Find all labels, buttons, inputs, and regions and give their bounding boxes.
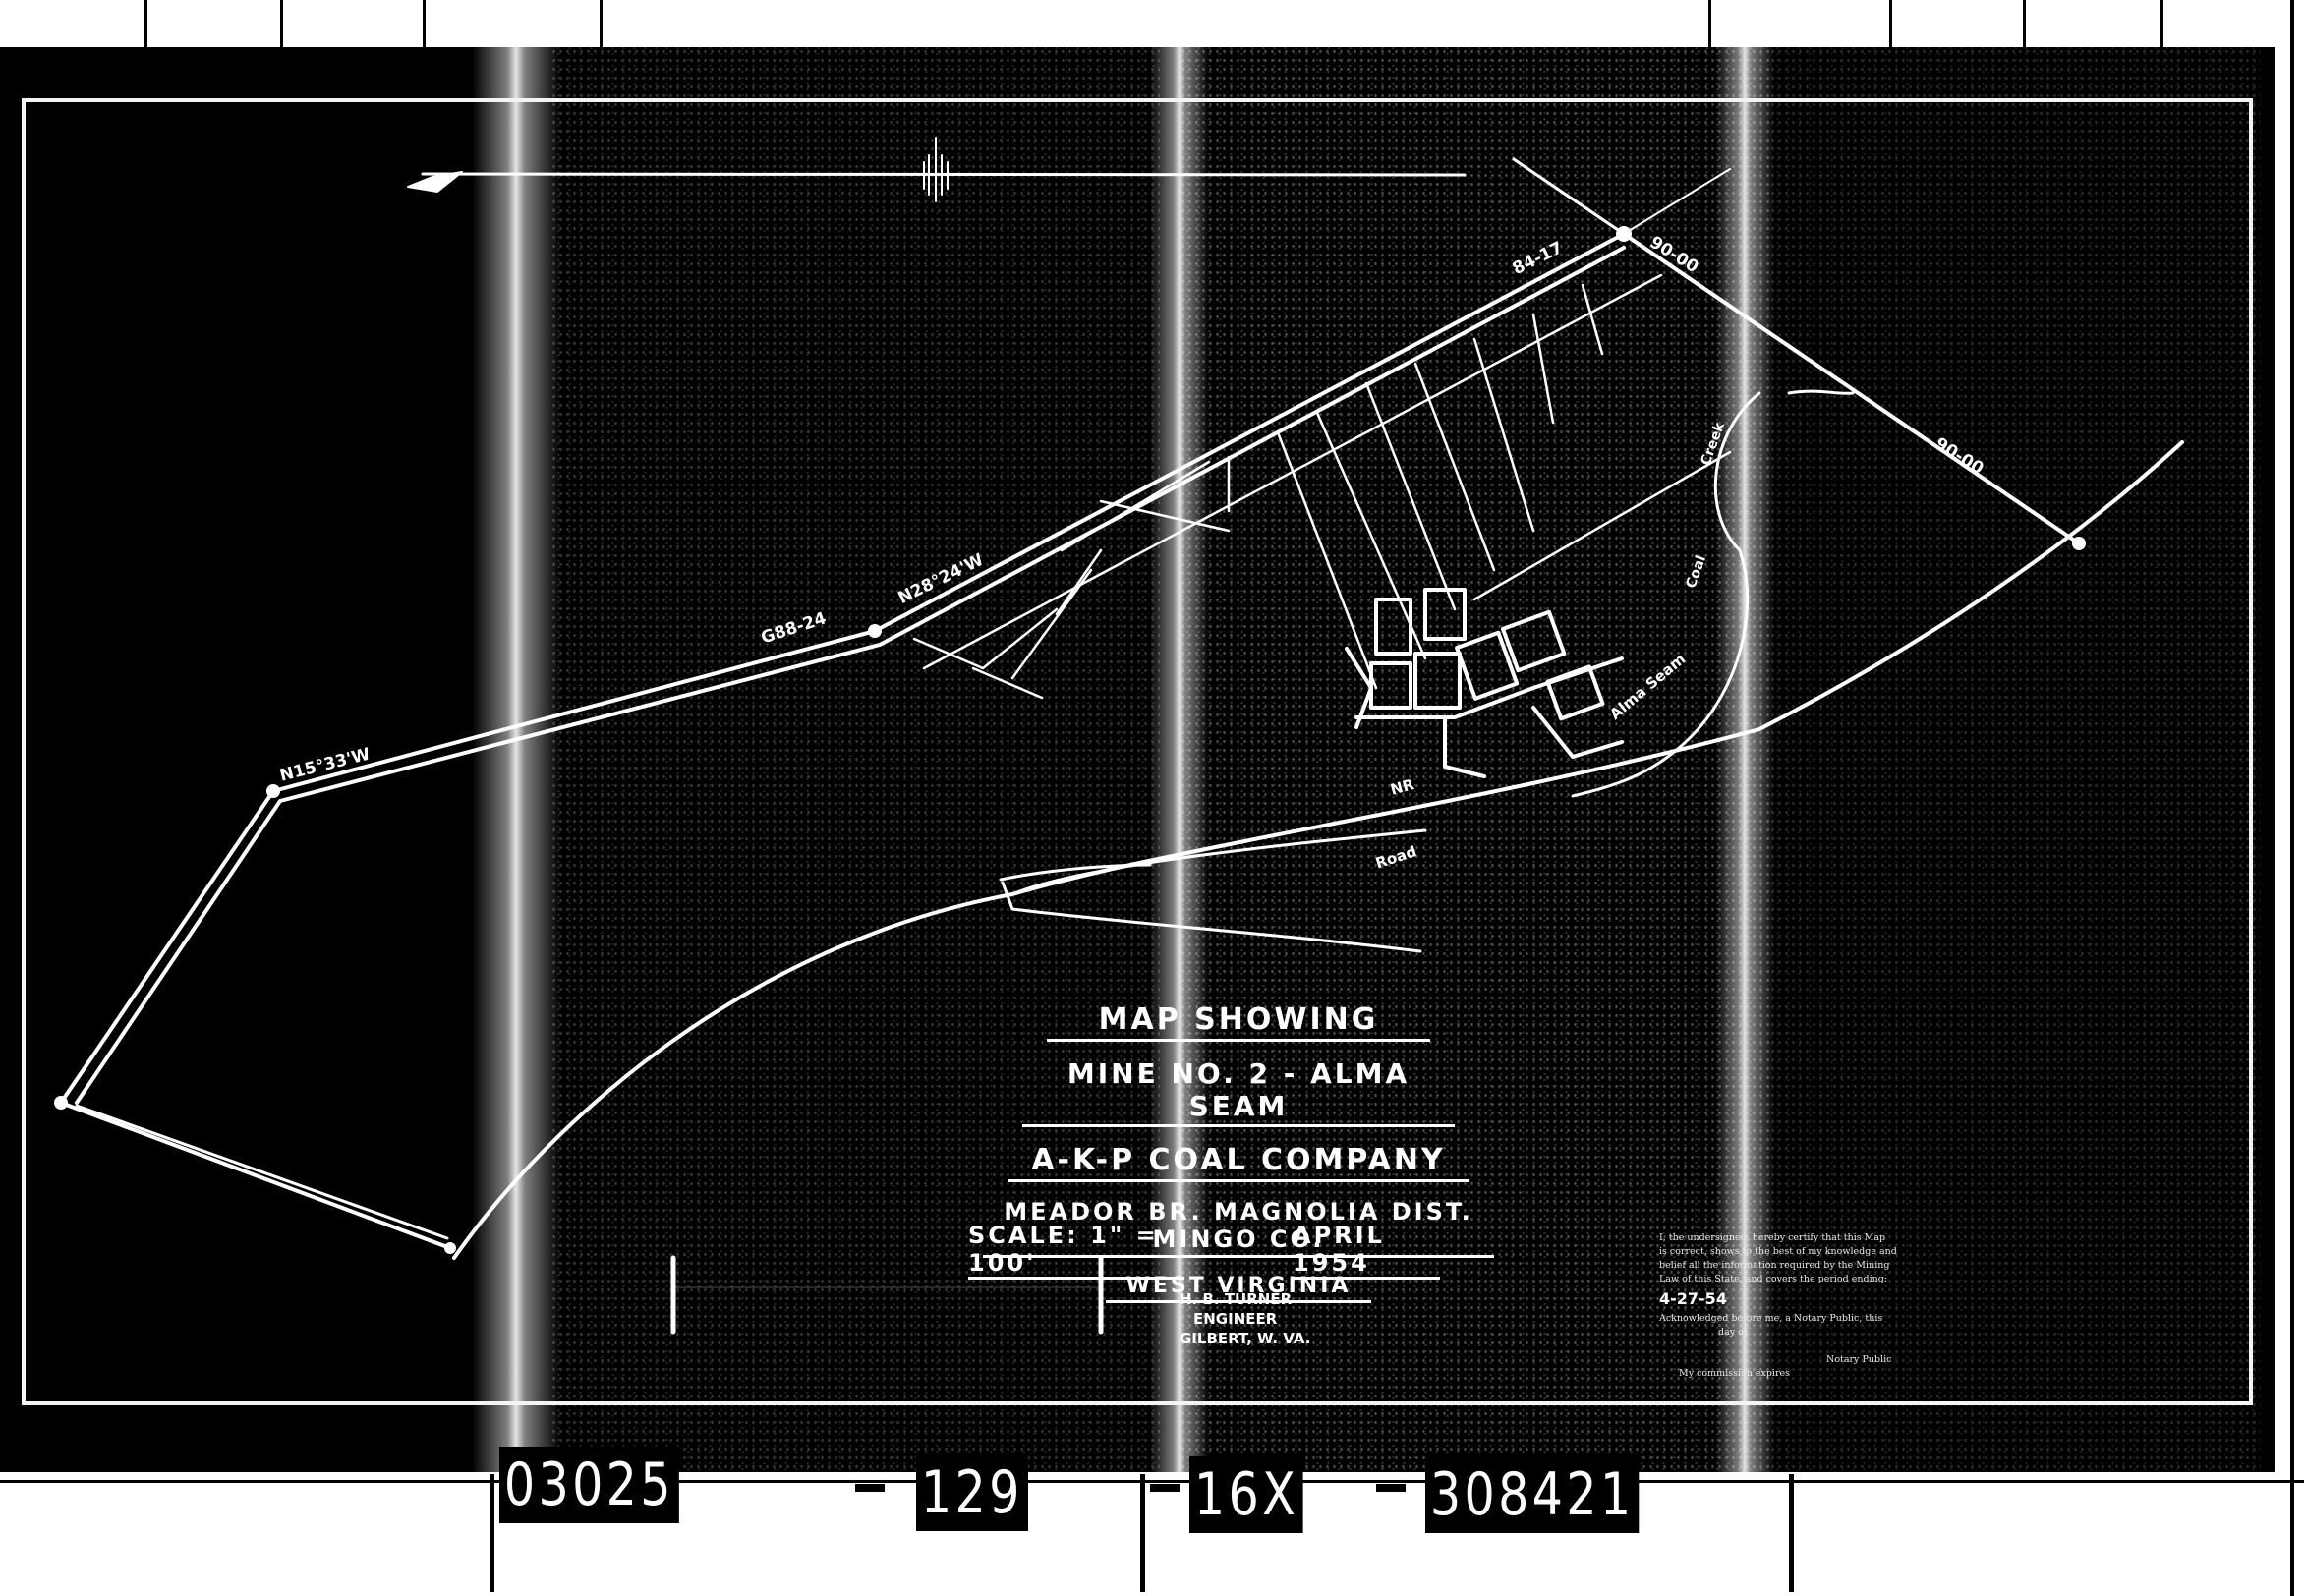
certification-block: I, the undersigned, hereby certify that … <box>1659 1231 1984 1381</box>
film-id-part: 03025 <box>499 1447 679 1523</box>
title-line: MAP SHOWING <box>1047 1002 1430 1042</box>
film-id-separator <box>855 1484 885 1492</box>
engineer-name: H. B. TURNER <box>1180 1289 1310 1309</box>
engineer-stamp: H. B. TURNER ENGINEER GILBERT, W. VA. <box>1180 1289 1310 1348</box>
film-id-part: 16X <box>1189 1456 1303 1533</box>
engineer-location: GILBERT, W. VA. <box>1180 1329 1310 1348</box>
company-name: A-K-P COAL COMPANY <box>1008 1143 1469 1182</box>
cert-ack: Acknowledged before me, a Notary Public,… <box>1659 1312 1984 1326</box>
cert-date: 4-27-54 <box>1659 1292 1984 1306</box>
film-id-strip: 03025 129 16X 308421 <box>0 1415 2304 1596</box>
mine-workings <box>1347 590 1622 776</box>
meridian-line <box>423 174 1465 175</box>
grid-mark <box>1789 1474 1794 1592</box>
title-line: MINE NO. 2 - ALMA SEAM <box>1022 1057 1455 1127</box>
cert-text: I, the undersigned, hereby certify that … <box>1659 1231 1984 1245</box>
map-scale: SCALE: 1" = 100' <box>968 1222 1184 1280</box>
grid-mark <box>1140 1474 1145 1592</box>
map-date: APRIL 1954 <box>1293 1222 1440 1280</box>
microfilm-frame: N15°33'W G88-24 N28°24'W 84-17 90-00 90-… <box>0 0 2304 1596</box>
cert-text: Law of this State, and covers the period… <box>1659 1273 1984 1286</box>
grid-mark <box>490 1474 494 1592</box>
film-id-part: 308421 <box>1425 1456 1639 1533</box>
cert-ack: day of <box>1659 1326 1984 1339</box>
lease-lines <box>914 275 1730 698</box>
film-id-separator <box>1150 1484 1180 1492</box>
north-arrow-icon <box>924 138 948 201</box>
notary-label: Notary Public <box>1659 1353 1984 1367</box>
film-id-separator <box>1376 1484 1406 1492</box>
engineer-title: ENGINEER <box>1180 1309 1310 1329</box>
cert-text: is correct, shows to the best of my know… <box>1659 1245 1984 1259</box>
grid-mark <box>0 1480 2304 1483</box>
commission-label: My commission expires <box>1659 1367 1984 1381</box>
film-id-part: 129 <box>916 1454 1028 1531</box>
cert-text: belief all the information required by t… <box>1659 1259 1984 1273</box>
